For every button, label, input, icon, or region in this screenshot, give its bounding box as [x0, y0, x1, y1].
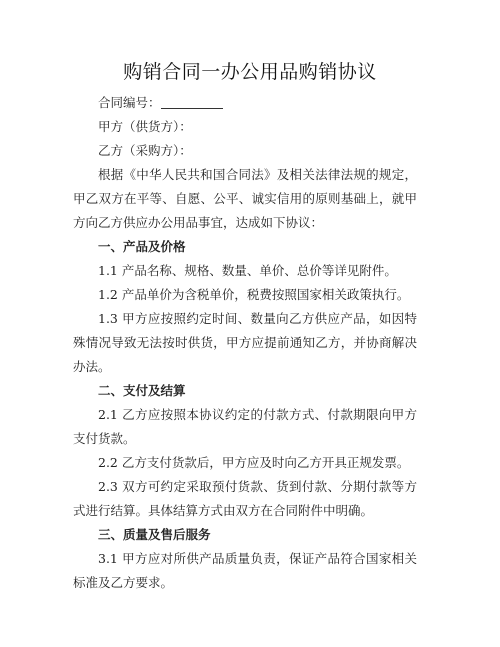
clause-2-1: 2.1 乙方应按照本协议约定的付款方式、付款期限向甲方支付货款。: [73, 403, 417, 451]
party-a-label: 甲方（供货方）：: [73, 115, 417, 139]
clause-3-1: 3.1 甲方应对所供产品质量负责，保证产品符合国家相关标准及乙方要求。: [73, 547, 417, 595]
document-body: 合同编号： 甲方（供货方）： 乙方（采购方）： 根据《中华人民共和国合同法》及相…: [73, 91, 417, 595]
clause-2-3: 2.3 双方可约定采取预付货款、货到付款、分期付款等方式进行结算。具体结算方式由…: [73, 475, 417, 523]
document-page: 购销合同一办公用品购销协议 合同编号： 甲方（供货方）： 乙方（采购方）： 根据…: [0, 0, 500, 647]
clause-2-2: 2.2 乙方支付货款后，甲方应及时向乙方开具正规发票。: [73, 451, 417, 475]
clause-1-3: 1.3 甲方应按照约定时间、数量向乙方供应产品，如因特殊情况导致无法按时供货，甲…: [73, 307, 417, 379]
clause-1-1: 1.1 产品名称、规格、数量、单价、总价等详见附件。: [73, 259, 417, 283]
section-heading-quality: 三、质量及售后服务: [73, 523, 417, 547]
section-heading-payment: 二、支付及结算: [73, 379, 417, 403]
section-heading-products: 一、产品及价格: [73, 235, 417, 259]
clause-1-2: 1.2 产品单价为含税单价，税费按照国家相关政策执行。: [73, 283, 417, 307]
contract-number-label: 合同编号：: [98, 95, 161, 110]
preamble-paragraph: 根据《中华人民共和国合同法》及相关法律法规的规定，甲乙双方在平等、自愿、公平、诚…: [73, 163, 417, 235]
contract-number-blank: [161, 94, 223, 109]
contract-number-line: 合同编号：: [73, 91, 417, 115]
party-b-label: 乙方（采购方）：: [73, 139, 417, 163]
document-title: 购销合同一办公用品购销协议: [0, 59, 500, 85]
